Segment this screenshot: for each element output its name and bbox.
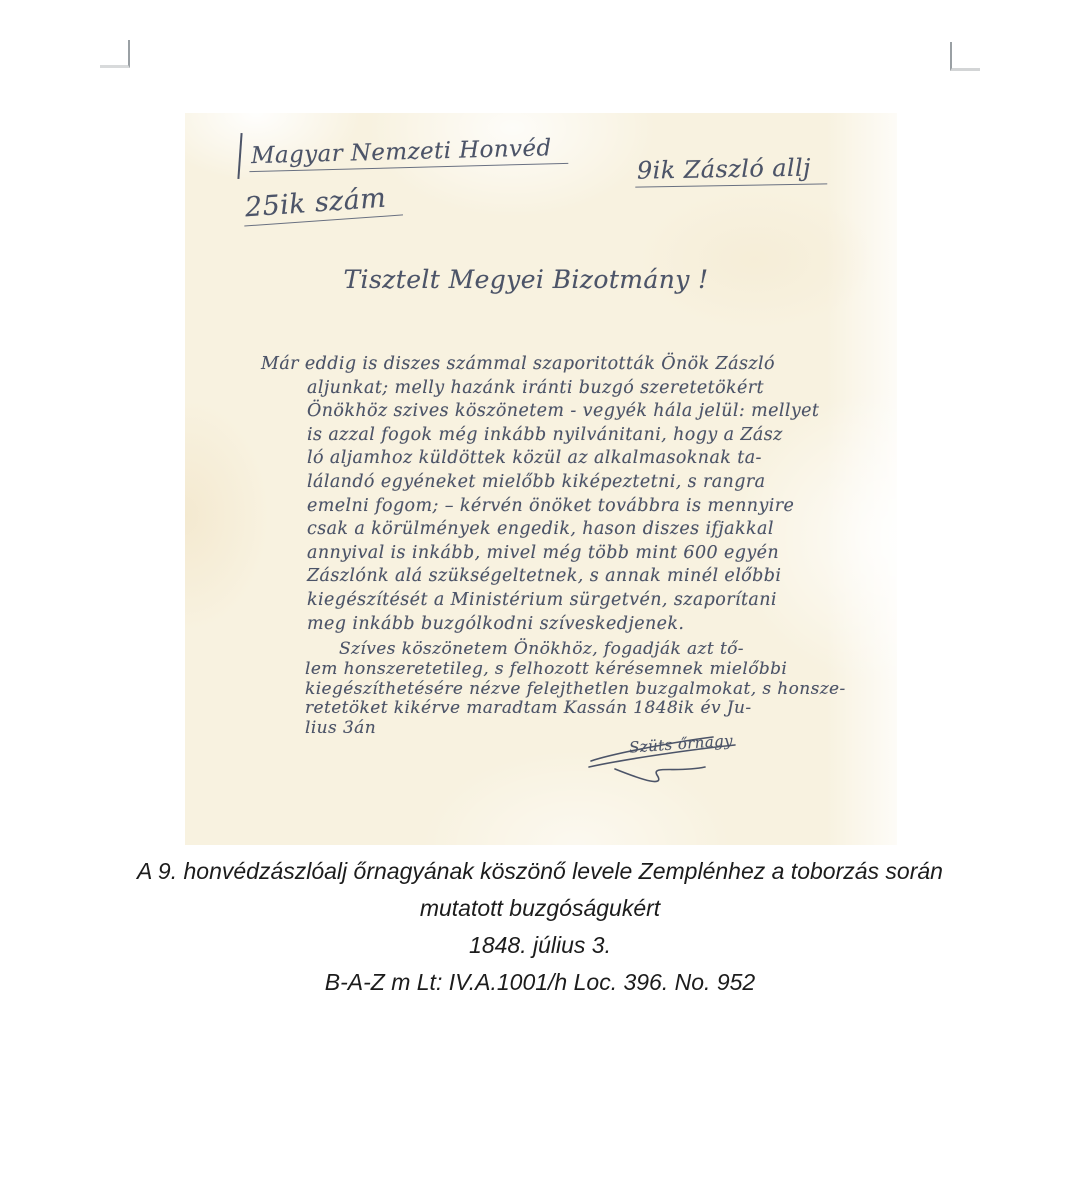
letterhead-unit: Magyar Nemzeti Honvéd	[249, 135, 568, 172]
letter-line: ló aljamhoz küldöttek közül az alkalmaso…	[261, 447, 819, 471]
letter-line: lius 3án	[305, 719, 846, 739]
caption-title-line-2: mutatott buzgóságukért	[0, 890, 1080, 927]
letter-paragraph-2: Szíves köszönetem Önökhöz, fogadják azt …	[305, 640, 846, 739]
caption: A 9. honvédzászlóalj őrnagyának köszönő …	[0, 853, 1080, 1001]
letter-line: Zászlónk alá szükségeltetnek, s annak mi…	[261, 565, 819, 589]
crop-mark-top-right	[950, 42, 980, 71]
letter-number: 25ik szám	[242, 181, 403, 226]
letter-line: kiegészíthetésére nézve felejthetlen buz…	[305, 680, 846, 700]
crop-mark-top-left	[100, 40, 130, 68]
letterhead-battalion-text: 9ik Zászló allj	[635, 153, 827, 187]
letter-line: is azzal fogok még inkább nyilvánitani, …	[261, 424, 819, 448]
signature: Szüts őrnagy	[585, 723, 755, 795]
letter-number-text: 25ik szám	[242, 181, 403, 226]
letter-line: Szíves köszönetem Önökhöz, fogadják azt …	[305, 640, 846, 660]
caption-date: 1848. július 3.	[0, 927, 1080, 964]
letter-line: csak a körülmények engedik, hason diszes…	[261, 518, 819, 542]
letter-line: Már eddig is diszes számmal szaporitottá…	[261, 353, 819, 377]
letter-line: lálandó egyéneket mielőbb kiképeztetni, …	[261, 471, 819, 495]
letter-line: retetöket kikérve maradtam Kassán 1848ik…	[305, 699, 846, 719]
letter-line: kiegészítését a Ministérium sürgetvén, s…	[261, 589, 819, 613]
letter-line: emelni fogom; – kérvén önöket továbbra i…	[261, 495, 819, 519]
salutation: Tisztelt Megyei Bizotmány !	[185, 265, 867, 294]
letter-line: meg inkább buzgólkodni szíveskedjenek.	[261, 613, 819, 637]
letter-line: Önökhöz szives köszönetem - vegyék hála …	[261, 400, 819, 424]
letter-line: annyival is inkább, mivel még több mint …	[261, 542, 819, 566]
letterhead-unit-text: Magyar Nemzeti Honvéd	[249, 135, 568, 172]
letter-line: aljunkat; melly hazánk iránti buzgó szer…	[261, 377, 819, 401]
caption-title-line-1: A 9. honvédzászlóalj őrnagyának köszönő …	[0, 853, 1080, 890]
scanned-letter: Magyar Nemzeti Honvéd 25ik szám 9ik Zász…	[185, 113, 897, 845]
letter-paragraph-1: Már eddig is diszes számmal szaporitottá…	[261, 353, 819, 636]
letterhead-battalion: 9ik Zászló allj	[635, 153, 827, 187]
caption-archive-reference: B-A-Z m Lt: IV.A.1001/h Loc. 396. No. 95…	[0, 964, 1080, 1001]
margin-stroke	[237, 133, 242, 179]
letter-line: lem honszeretetileg, s felhozott kérésem…	[305, 660, 846, 680]
